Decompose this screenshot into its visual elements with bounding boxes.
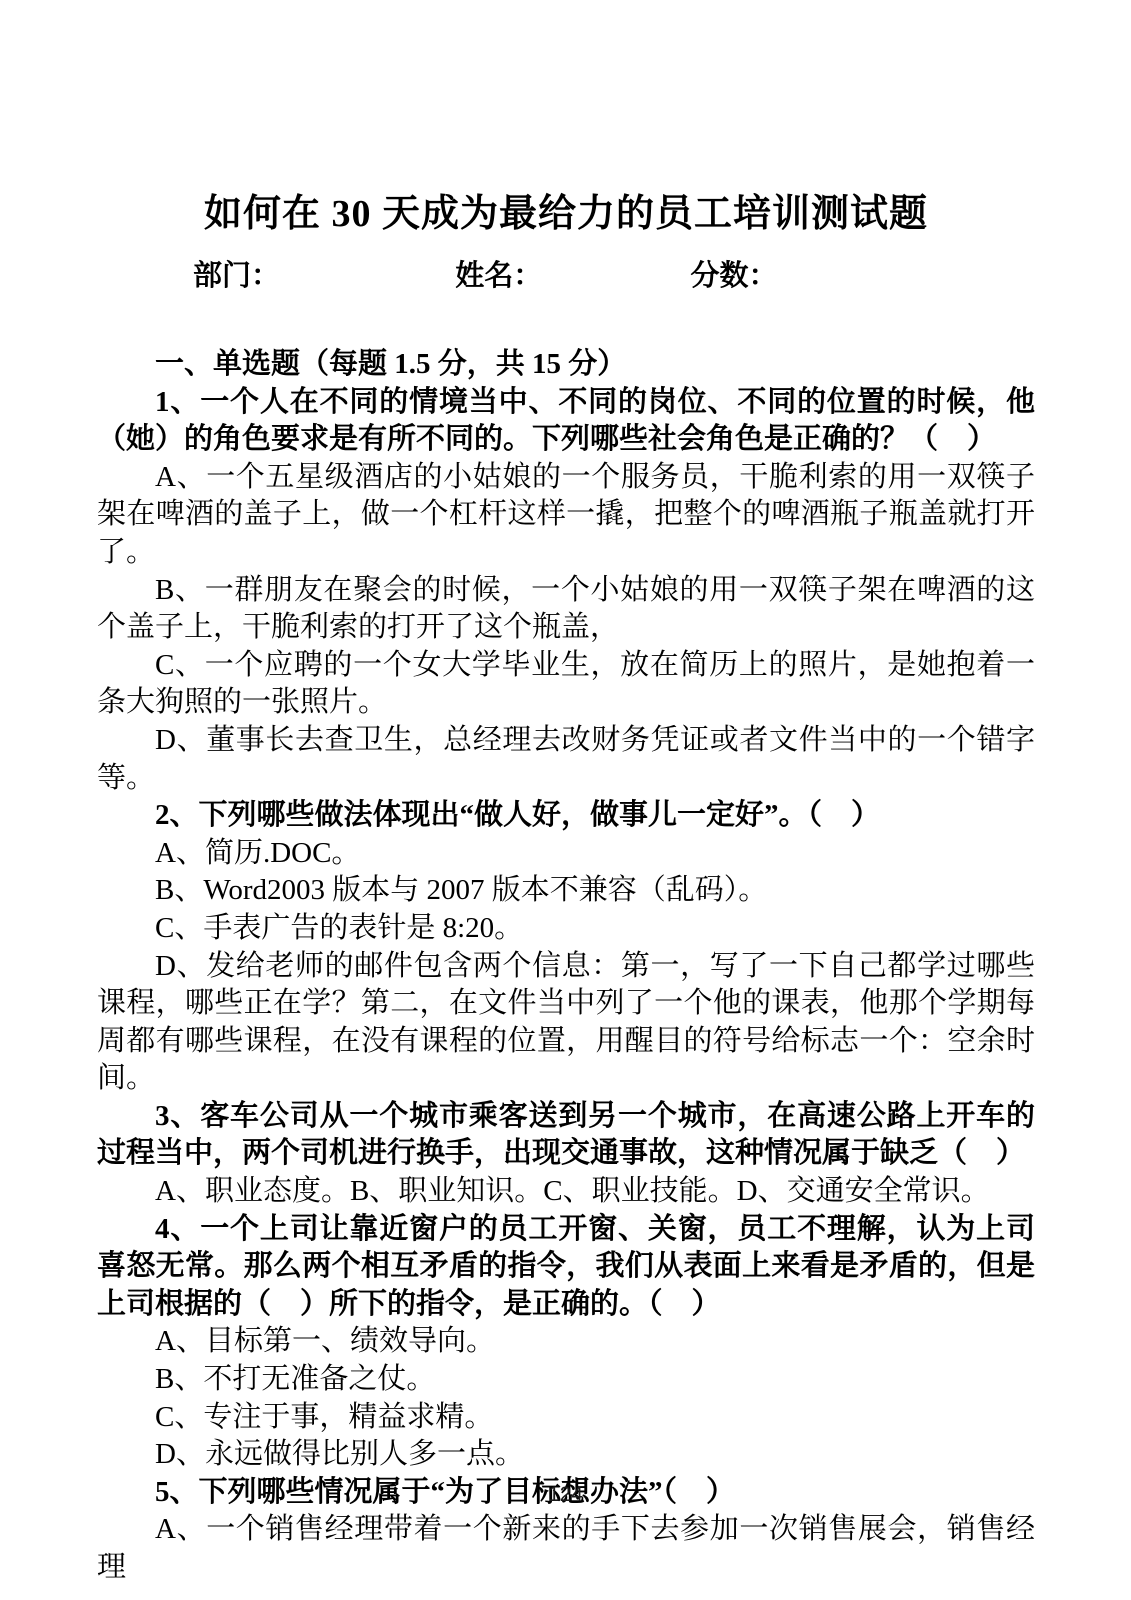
question-4-option-b: B、不打无准备之仗。 [97, 1361, 1035, 1399]
page-content: 如何在 30 天成为最给力的员工培训测试题 部门： 姓名： 分数： 一、单选题（… [97, 0, 1035, 1587]
section-heading: 一、单选题（每题 1.5 分，共 15 分） [97, 346, 1035, 384]
question-1-option-b: B、一群朋友在聚会的时候，一个小姑娘的用一双筷子架在啤酒的这个盖子上，干脆利索的… [97, 572, 1035, 647]
question-5-option-a: A、一个销售经理带着一个新来的手下去参加一次销售展会，销售经理 [97, 1511, 1035, 1586]
page-number: 124 [0, 1482, 1131, 1508]
question-4-option-a: A、目标第一、绩效导向。 [97, 1323, 1035, 1361]
question-2-option-a: A、简历.DOC。 [97, 835, 1035, 873]
question-4-stem: 4、一个上司让靠近窗户的员工开窗、关窗，员工不理解，认为上司喜怒无常。那么两个相… [97, 1211, 1035, 1324]
question-3-stem: 3、客车公司从一个城市乘客送到另一个城市，在高速公路上开车的过程当中，两个司机进… [97, 1098, 1035, 1173]
question-1-stem: 1、一个人在不同的情境当中、不同的岗位、不同的位置的时候，他（她）的角色要求是有… [97, 384, 1035, 459]
question-1-option-d: D、董事长去查卫生，总经理去改财务凭证或者文件当中的一个错字等。 [97, 722, 1035, 797]
question-4-option-d: D、永远做得比别人多一点。 [97, 1436, 1035, 1474]
test-paper-page: 如何在 30 天成为最给力的员工培训测试题 部门： 姓名： 分数： 一、单选题（… [0, 0, 1131, 1600]
question-2-option-d: D、发给老师的邮件包含两个信息：第一，写了一下自己都学过哪些课程，哪些正在学？第… [97, 948, 1035, 1098]
name-field-label: 姓名： [455, 256, 542, 296]
question-2-option-b: B、Word2003 版本与 2007 版本不兼容（乱码）。 [97, 872, 1035, 910]
question-1-option-c: C、一个应聘的一个女大学毕业生，放在简历上的照片，是她抱着一条大狗照的一张照片。 [97, 647, 1035, 722]
question-4-option-c: C、专注于事，精益求精。 [97, 1399, 1035, 1437]
header-fields: 部门： 姓名： 分数： [97, 256, 1035, 296]
page-title: 如何在 30 天成为最给力的员工培训测试题 [97, 0, 1035, 242]
score-field-label: 分数： [691, 256, 778, 296]
department-field-label: 部门： [193, 256, 280, 296]
question-2-stem: 2、下列哪些做法体现出“做人好，做事儿一定好”。（ ） [97, 797, 1035, 835]
question-1-option-a: A、一个五星级酒店的小姑娘的一个服务员，干脆利索的用一双筷子架在啤酒的盖子上，做… [97, 459, 1035, 572]
question-3-options-line: A、职业态度。B、职业知识。C、职业技能。D、交通安全常识。 [97, 1173, 1035, 1211]
question-2-option-c: C、手表广告的表针是 8:20。 [97, 910, 1035, 948]
question-body: 一、单选题（每题 1.5 分，共 15 分） 1、一个人在不同的情境当中、不同的… [97, 346, 1035, 1587]
